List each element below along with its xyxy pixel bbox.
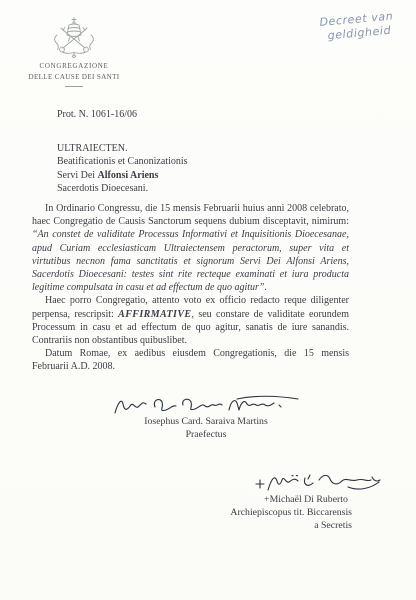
letterhead: CONGREGAZIONE DELLE CAUSE DEI SANTI xyxy=(26,16,122,87)
case-type: Beatificationis et Canonizationis xyxy=(57,155,188,168)
secretary-title-line1: Archiepiscopus tit. Biccarensis xyxy=(218,506,352,519)
letterhead-divider xyxy=(65,86,83,87)
case-role: Sacerdotis Dioecesani. xyxy=(57,182,188,195)
prefect-signature-block: Iosephus Card. Saraiva Martins Praefectu… xyxy=(100,393,312,441)
vatican-coat-of-arms-icon xyxy=(51,16,97,58)
p1-text: In Ordinario Congressu, die 15 mensis Fe… xyxy=(32,203,349,227)
prefect-title: Praefectus xyxy=(100,428,312,441)
paragraph-2: Haec porro Congregatio, attento voto ex … xyxy=(32,294,349,347)
secretary-title-line2: a Secretis xyxy=(218,519,352,532)
case-servant-name: Alfonsi Ariens xyxy=(98,170,159,181)
prefect-name: Iosephus Card. Saraiva Martins xyxy=(100,415,312,428)
case-heading: ULTRAIECTEN. Beatificationis et Canoniza… xyxy=(57,142,188,196)
p1-quoted-dubium: “An constet de validitate Processus Info… xyxy=(32,229,349,293)
case-diocese: ULTRAIECTEN. xyxy=(57,142,188,155)
case-servant-prefix: Servi Dei xyxy=(57,170,98,181)
secretary-signature-block: +Michaël Di Ruberto Archiepiscopus tit. … xyxy=(218,471,352,532)
secretary-name: +Michaël Di Ruberto xyxy=(218,493,352,506)
handwritten-annotation: Decreet van geldigheid xyxy=(319,8,411,44)
p2-verdict: AFFIRMATIVE xyxy=(118,309,191,320)
paragraph-3-datum: Datum Romae, ex aedibus eiusdem Congrega… xyxy=(32,347,349,373)
decree-body: In Ordinario Congressu, die 15 mensis Fe… xyxy=(32,202,349,374)
document-page: CONGREGAZIONE DELLE CAUSE DEI SANTI Decr… xyxy=(0,0,416,600)
protocol-number: Prot. N. 1061-16/06 xyxy=(57,109,137,120)
congregation-name-line1: CONGREGAZIONE xyxy=(26,62,122,70)
paragraph-1: In Ordinario Congressu, die 15 mensis Fe… xyxy=(32,202,349,294)
congregation-name-line2: DELLE CAUSE DEI SANTI xyxy=(26,73,122,81)
case-servant-of-god: Servi Dei Alfonsi Ariens xyxy=(57,169,188,182)
